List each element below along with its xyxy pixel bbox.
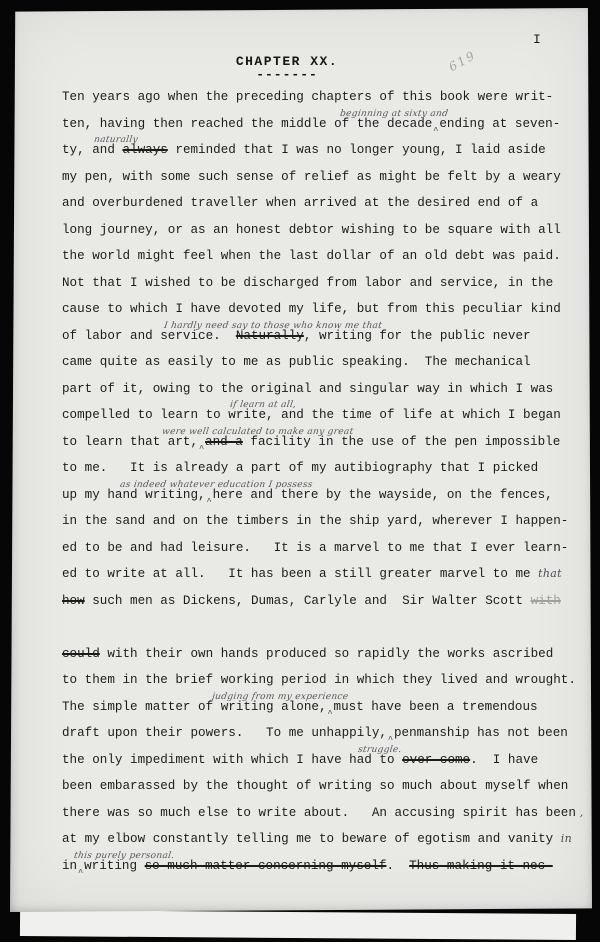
typescript-line: Not that I wished to be discharged from … [62,276,572,303]
typed-text: compelled to learn to write, and the tim… [62,408,561,422]
typed-text: . I have [470,753,538,767]
struck-text: could [62,647,100,661]
insertion-caret-icon: ^ [327,709,334,719]
typed-text: the only impediment with which I have ha… [62,753,402,767]
typed-text: must have been a tremendous [334,700,538,714]
typed-text: reminded that I was no longer young, I l… [168,143,546,157]
handwritten-annotation: were well calculated to make any great [161,427,354,437]
typed-text: draft upon their powers. To me unhappily… [62,726,387,740]
insertion-caret-icon: ^ [77,868,84,878]
typescript-line: Ten years ago when the preceding chapter… [62,90,572,117]
typed-text: part of it, owing to the original and si… [62,382,553,396]
struck-text: always [122,143,167,157]
typescript-line: ed to write at all. It has been a still … [62,567,572,594]
page-number: I [533,32,541,47]
typed-text: to me. It is already a part of my autibi… [62,461,538,475]
typed-text: at my elbow constantly telling me to bew… [62,832,561,846]
typed-text: and overburdened traveller when arrived … [62,196,538,210]
handwritten-annotation: as indeed whatever education I possess [119,480,313,490]
struck-text: how [62,594,85,608]
typed-text: such men as Dickens, Dumas, Carlyle and … [85,594,531,608]
typescript-line: the only impediment with which I have ha… [62,753,572,780]
insertion-caret-icon: ^ [206,497,213,507]
typed-text: ed to write at all. It has been a still … [62,567,538,581]
typescript-line: there was so much else to write about. A… [62,806,572,833]
handwritten-annotation: this purely personal. [73,851,175,861]
typed-text: penmanship has not been [394,726,568,740]
typescript-line: ty, and always reminded that I was no lo… [62,143,572,170]
typed-text: ending at seven- [439,117,560,131]
typed-text: Not that I wished to be discharged from … [62,276,553,290]
typed-text: . [386,859,409,873]
handwritten-inline: that [538,567,562,580]
typescript-line: the world might feel when the last dolla… [62,249,572,276]
typescript-line: of labor and service. Naturally, writing… [62,329,572,356]
handwritten-inline: , [576,806,584,819]
typed-text: with their own hands produced so rapidly… [100,647,553,661]
typed-text: came quite as easily to me as public spe… [62,355,531,369]
typed-text: cause to which I have devoted my life, b… [62,302,561,316]
handwritten-inline: in [561,832,572,845]
manuscript-body: Ten years ago when the preceding chapter… [62,90,572,885]
typed-text: to them in the brief working period in w… [62,673,576,687]
insertion-caret-icon: ^ [198,444,205,454]
typed-text: ed to be and had leisure. It is a marvel… [62,541,568,555]
insertion-caret-icon: ^ [387,735,394,745]
handwritten-annotation: struggle. [357,745,402,755]
typed-text: my pen, with some such sense of relief a… [62,170,561,184]
typescript-line: long journey, or as an honest debtor wis… [62,223,572,250]
typescript-line: up my hand writing,^here and there by th… [62,488,572,515]
typescript-line: part of it, owing to the original and si… [62,382,572,409]
typescript-line: in the sand and on the timbers in the sh… [62,514,572,541]
scanner-bottom-edge [20,910,576,940]
struck-text: Thus making it nec- [409,859,553,873]
struck-text: with [531,594,561,608]
handwritten-annotation: judging from my experience [211,692,349,702]
typescript-line: my pen, with some such sense of relief a… [62,170,572,197]
struck-text: over come [402,753,470,767]
typed-text: Ten years ago when the preceding chapter… [62,90,553,104]
manuscript-page: I 619 CHAPTER XX. ------- Ten years ago … [10,8,592,912]
typed-text: long journey, or as an honest debtor wis… [62,223,561,237]
chapter-title-underline: ------- [37,67,537,82]
typescript-line: draft upon their powers. To me unhappily… [62,726,572,753]
typescript-line: how such men as Dickens, Dumas, Carlyle … [62,594,572,621]
handwritten-annotation: if learn at all, [229,400,297,410]
handwritten-annotation: I hardly need say to those who know me t… [163,321,382,331]
typed-text: there was so much else to write about. A… [62,806,576,820]
typescript-line: The simple matter of writing alone,^must… [62,700,572,727]
handwritten-annotation: naturally [93,135,138,145]
blank-line [62,620,572,647]
handwritten-annotation: beginning at sixty and [339,109,449,119]
typed-text: the world might feel when the last dolla… [62,249,561,263]
typescript-line: came quite as easily to me as public spe… [62,355,572,382]
insertion-caret-icon: ^ [432,126,439,136]
typescript-line: ten, having then reached the middle of t… [62,117,572,144]
typescript-line: ed to be and had leisure. It is a marvel… [62,541,572,568]
typed-text: been embarassed by the thought of writin… [62,779,568,793]
struck-text: so much matter concerning myself [145,859,387,873]
typescript-line: in^writing so much matter concerning mys… [62,859,572,886]
typescript-line: to learn that art,^and a facility in the… [62,435,572,462]
typescript-line: could with their own hands produced so r… [62,647,572,674]
typed-text: ty, and [62,143,122,157]
typescript-line: and overburdened traveller when arrived … [62,196,572,223]
typed-text: in the sand and on the timbers in the sh… [62,514,568,528]
typescript-line: been embarassed by the thought of writin… [62,779,572,806]
